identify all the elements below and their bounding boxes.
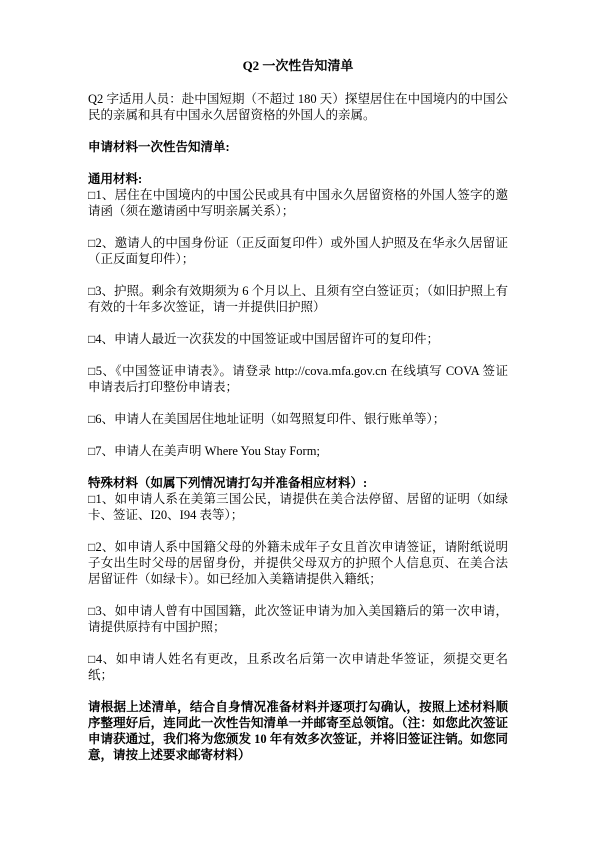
special-item-3: □3、如申请人曾有中国国籍，此次签证申请为加入美国籍后的第一次申请，请提供原持有… [88,603,508,635]
special-item-2: □2、如申请人系中国籍父母的外籍未成年子女且首次申请签证，请附纸说明子女出生时父… [88,539,508,587]
general-item-7: □7、申请人在美声明 Where You Stay Form; [88,443,508,459]
item-text: 如申请人姓名有更改，且系改名后第一次申请赴华签证，须提交更名纸； [88,652,508,682]
page-title: Q2 一次性告知清单 [88,58,508,74]
special-item-4: □4、如申请人姓名有更改，且系改名后第一次申请赴华签证，须提交更名纸； [88,651,508,683]
item-text: 如申请人系在美第三国公民，请提供在美合法停留、居留的证明（如绿卡、签证、I20、… [88,492,508,522]
item-text: 如申请人系中国籍父母的外籍未成年子女且首次申请签证，请附纸说明子女出生时父母的居… [88,540,508,586]
special-item-1: □1、如申请人系在美第三国公民，请提供在美合法停留、居留的证明（如绿卡、签证、I… [88,491,508,523]
special-materials-heading: 特殊材料（如属下列情况请打勾并准备相应材料）: [88,475,508,491]
item-number: 6、 [95,412,114,426]
item-text: 邀请人的中国身份证（正反面复印件）或外国人护照及在华永久居留证（正反面复印件）； [88,236,508,266]
item-number: 4、 [96,652,116,666]
item-number: 3、 [95,604,114,618]
footer-instruction-note: 请根据上述清单，结合自身情况准备材料并逐项打勾确认，按照上述材料顺序整理好后，连… [88,699,508,763]
item-number: 5、 [96,364,116,378]
item-number: 2、 [95,236,114,250]
general-materials-heading: 通用材料: [88,171,508,187]
checklist-heading: 申请材料一次性告知清单: [88,139,508,155]
checkbox-icon: □ [88,364,96,378]
item-text: 申请人最近一次获发的中国签证或中国居留许可的复印件； [114,332,439,346]
general-item-3: □3、护照。剩余有效期须为 6 个月以上、且须有空白签证页；（如旧护照上有有效的… [88,283,508,315]
item-text: 居住在中国境内的中国公民或具有中国永久居留资格的外国人签字的邀请函（须在邀请函中… [88,188,508,218]
checkbox-icon: □ [88,652,96,666]
item-text: 如申请人曾有中国国籍，此次签证申请为加入美国籍后的第一次申请，请提供原持有中国护… [88,604,508,634]
general-item-2: □2、邀请人的中国身份证（正反面复印件）或外国人护照及在华永久居留证（正反面复印… [88,235,508,267]
intro-paragraph: Q2 字适用人员：赴中国短期（不超过 180 天）探望居住在中国境内的中国公民的… [88,91,508,123]
item-number: 7、 [95,444,114,458]
general-item-1: □1、居住在中国境内的中国公民或具有中国永久居留资格的外国人签字的邀请函（须在邀… [88,187,508,219]
general-item-6: □6、申请人在美国居住地址证明（如驾照复印件、银行账单等）； [88,411,508,427]
item-number: 1、 [95,188,114,202]
general-item-4: □4、申请人最近一次获发的中国签证或中国居留许可的复印件； [88,331,508,347]
item-number: 4、 [95,332,114,346]
item-text: 《中国签证申请表》。请登录 http://cova.mfa.gov.cn 在线填… [88,364,508,394]
item-text: 护照。剩余有效期须为 6 个月以上、且须有空白签证页；（如旧护照上有有效的十年多… [88,284,508,314]
item-text: 申请人在美声明 Where You Stay Form; [114,444,320,458]
general-item-5: □5、《中国签证申请表》。请登录 http://cova.mfa.gov.cn … [88,363,508,395]
item-number: 3、 [95,284,114,298]
item-number: 1、 [95,492,114,506]
item-text: 申请人在美国居住地址证明（如驾照复印件、银行账单等）； [114,412,445,426]
item-number: 2、 [95,540,114,554]
document-page: Q2 一次性告知清单 Q2 字适用人员：赴中国短期（不超过 180 天）探望居住… [0,0,595,842]
